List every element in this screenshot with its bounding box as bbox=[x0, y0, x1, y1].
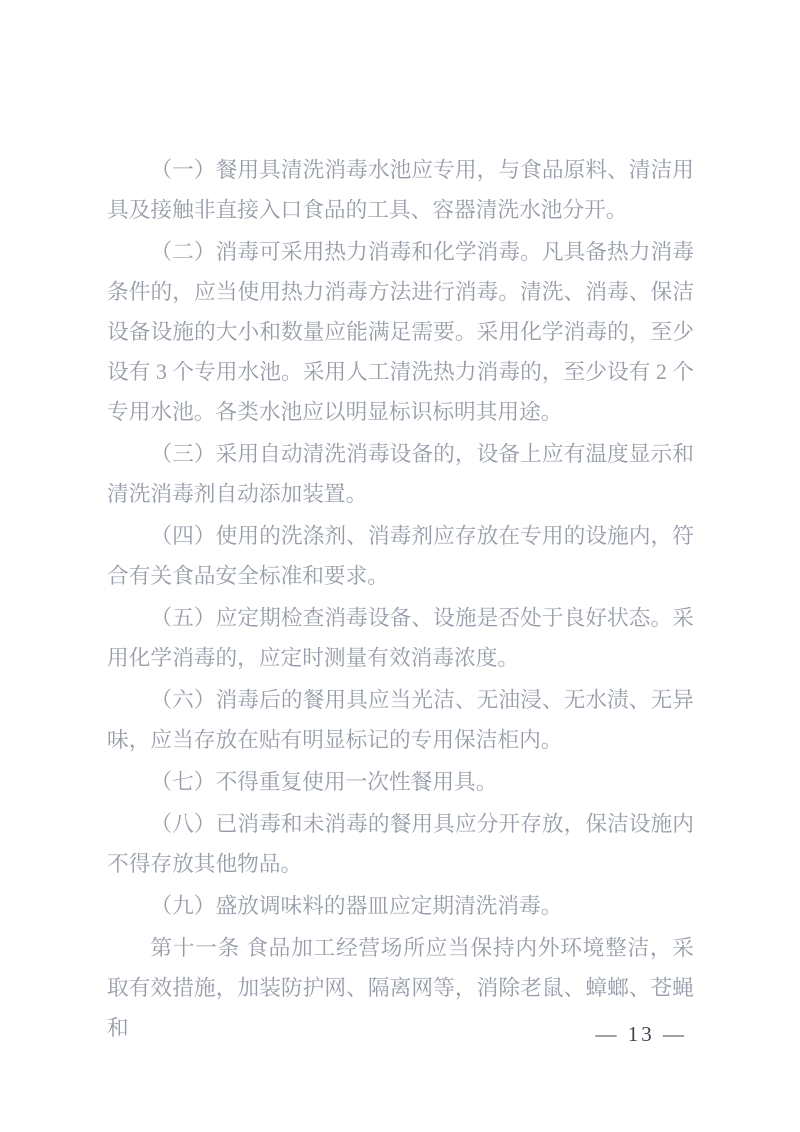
paragraph: （一）餐用具清洗消毒水池应专用，与食品原料、清洁用具及接触非直接入口食品的工具、… bbox=[107, 150, 694, 230]
document-page: （一）餐用具清洗消毒水池应专用，与食品原料、清洁用具及接触非直接入口食品的工具、… bbox=[0, 0, 800, 1132]
paragraph: （二）消毒可采用热力消毒和化学消毒。凡具备热力消毒条件的，应当使用热力消毒方法进… bbox=[107, 232, 694, 432]
paragraph: （九）盛放调味料的器皿应定期清洗消毒。 bbox=[107, 886, 694, 926]
paragraph: （八）已消毒和未消毒的餐用具应分开存放，保洁设施内不得存放其他物品。 bbox=[107, 804, 694, 884]
paragraph: （四）使用的洗涤剂、消毒剂应存放在专用的设施内，符合有关食品安全标准和要求。 bbox=[107, 516, 694, 596]
paragraph: （五）应定期检查消毒设备、设施是否处于良好状态。采用化学消毒的，应定时测量有效消… bbox=[107, 598, 694, 678]
document-body: （一）餐用具清洗消毒水池应专用，与食品原料、清洁用具及接触非直接入口食品的工具、… bbox=[107, 150, 694, 1050]
paragraph: （七）不得重复使用一次性餐用具。 bbox=[107, 762, 694, 802]
page-number: — 13 — bbox=[596, 1022, 688, 1047]
paragraph: （六）消毒后的餐用具应当光洁、无油浸、无水渍、无异味，应当存放在贴有明显标记的专… bbox=[107, 680, 694, 760]
paragraph: （三）采用自动清洗消毒设备的，设备上应有温度显示和清洗消毒剂自动添加装置。 bbox=[107, 434, 694, 514]
